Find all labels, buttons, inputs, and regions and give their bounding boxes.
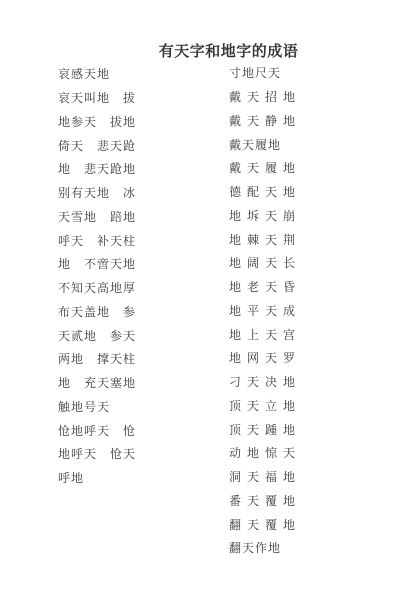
idiom-text: 地棘天荆 bbox=[229, 231, 301, 248]
idiom-line: 地平天成 bbox=[229, 299, 301, 323]
idiom-line: 刁天决地 bbox=[229, 370, 301, 394]
idiom-line: 动地惊天 bbox=[229, 441, 301, 465]
idiom-text: 触地号天 bbox=[58, 398, 110, 415]
idiom-line: 倚天 悲天跄 bbox=[58, 133, 136, 157]
idiom-text: 刁天决地 bbox=[229, 373, 301, 390]
idiom-line: 哀天叫地 拔 bbox=[58, 86, 136, 110]
idiom-text: 不知天高地厚 bbox=[58, 279, 136, 296]
idiom-text: 两地 撑天柱 bbox=[58, 350, 136, 367]
idiom-column-left: 哀感天地 哀天叫地 拔 地参天 拔地 倚天 悲天跄 地 悲天跄地 别有天地 冰 … bbox=[58, 62, 136, 490]
idiom-text: 番天覆地 bbox=[229, 492, 301, 509]
idiom-text: 地网天罗 bbox=[229, 349, 301, 366]
idiom-line: 地 悲天跄地 bbox=[58, 157, 136, 181]
idiom-text: 地老天昏 bbox=[229, 278, 301, 295]
idiom-line: 地阔天长 bbox=[229, 251, 301, 275]
idiom-text: 地呼天 怆天 bbox=[58, 445, 136, 462]
idiom-line: 寸地尺天 bbox=[229, 61, 301, 85]
idiom-line: 戴天履地 bbox=[229, 156, 301, 180]
idiom-text: 哀感天地 bbox=[58, 65, 110, 82]
idiom-text: 地 充天塞地 bbox=[58, 374, 136, 391]
idiom-line: 不知天高地厚 bbox=[58, 276, 136, 300]
page-title: 有天字和地字的成语 bbox=[0, 40, 407, 61]
idiom-text: 洞天福地 bbox=[229, 468, 301, 485]
idiom-line: 地老天昏 bbox=[229, 275, 301, 299]
idiom-text: 顶天踵地 bbox=[229, 421, 301, 438]
idiom-line: 地网天罗 bbox=[229, 346, 301, 370]
idiom-line: 别有天地 冰 bbox=[58, 181, 136, 205]
idiom-text: 呼地 bbox=[58, 469, 84, 486]
idiom-text: 呼天 补天柱 bbox=[58, 232, 136, 249]
idiom-line: 呼地 bbox=[58, 466, 136, 490]
idiom-line: 戴天履地 bbox=[229, 132, 301, 156]
idiom-text: 戴天静地 bbox=[229, 112, 301, 129]
idiom-line: 戴天招地 bbox=[229, 85, 301, 109]
idiom-line: 地呼天 怆天 bbox=[58, 442, 136, 466]
idiom-text: 地上天宫 bbox=[229, 326, 301, 343]
idiom-line: 戴天静地 bbox=[229, 109, 301, 133]
idiom-line: 地 充天塞地 bbox=[58, 371, 136, 395]
idiom-text: 天雪地 踣地 bbox=[58, 208, 136, 225]
idiom-text: 天贰地 参天 bbox=[58, 327, 136, 344]
idiom-line: 番天覆地 bbox=[229, 489, 301, 513]
idiom-line: 呼天 补天柱 bbox=[58, 228, 136, 252]
idiom-text: 布天盖地 参 bbox=[58, 303, 136, 320]
idiom-line: 天贰地 参天 bbox=[58, 323, 136, 347]
idiom-line: 翻天覆地 bbox=[229, 512, 301, 536]
idiom-text: 戴天招地 bbox=[229, 88, 301, 105]
idiom-text: 怆地呼天 怆 bbox=[58, 422, 136, 439]
idiom-text: 翻天作地 bbox=[229, 539, 281, 556]
idiom-text: 地坼天崩 bbox=[229, 207, 301, 224]
idiom-text: 动地惊天 bbox=[229, 444, 301, 461]
idiom-line: 天雪地 踣地 bbox=[58, 205, 136, 229]
idiom-text: 戴天履地 bbox=[229, 159, 301, 176]
idiom-line: 两地 撑天柱 bbox=[58, 347, 136, 371]
idiom-text: 倚天 悲天跄 bbox=[58, 137, 136, 154]
idiom-line: 地坼天崩 bbox=[229, 204, 301, 228]
idiom-line: 地棘天荆 bbox=[229, 227, 301, 251]
idiom-line: 德配天地 bbox=[229, 180, 301, 204]
idiom-line: 地 不啻天地 bbox=[58, 252, 136, 276]
idiom-line: 布天盖地 参 bbox=[58, 300, 136, 324]
idiom-text: 地参天 拔地 bbox=[58, 113, 136, 130]
idiom-column-right: 寸地尺天 戴天招地 戴天静地 戴天履地 戴天履地 德配天地 地坼天崩 地棘天荆 … bbox=[229, 61, 301, 560]
idiom-text: 戴天履地 bbox=[229, 136, 281, 153]
idiom-text: 哀天叫地 拔 bbox=[58, 89, 136, 106]
idiom-line: 触地号天 bbox=[58, 395, 136, 419]
idiom-text: 地平天成 bbox=[229, 302, 301, 319]
idiom-text: 顶天立地 bbox=[229, 397, 301, 414]
idiom-text: 地 悲天跄地 bbox=[58, 160, 136, 177]
idiom-text: 翻天覆地 bbox=[229, 516, 301, 533]
idiom-line: 地参天 拔地 bbox=[58, 110, 136, 134]
idiom-line: 怆地呼天 怆 bbox=[58, 418, 136, 442]
idiom-line: 翻天作地 bbox=[229, 536, 301, 560]
idiom-text: 别有天地 冰 bbox=[58, 184, 136, 201]
document-page: 有天字和地字的成语 哀感天地 哀天叫地 拔 地参天 拔地 倚天 悲天跄 地 悲天… bbox=[0, 0, 407, 600]
idiom-line: 顶天立地 bbox=[229, 394, 301, 418]
idiom-text: 地阔天长 bbox=[229, 254, 301, 271]
idiom-line: 哀感天地 bbox=[58, 62, 136, 86]
idiom-line: 顶天踵地 bbox=[229, 417, 301, 441]
idiom-line: 地上天宫 bbox=[229, 322, 301, 346]
idiom-text: 德配天地 bbox=[229, 183, 301, 200]
idiom-text: 寸地尺天 bbox=[229, 64, 281, 81]
idiom-line: 洞天福地 bbox=[229, 465, 301, 489]
idiom-text: 地 不啻天地 bbox=[58, 255, 136, 272]
